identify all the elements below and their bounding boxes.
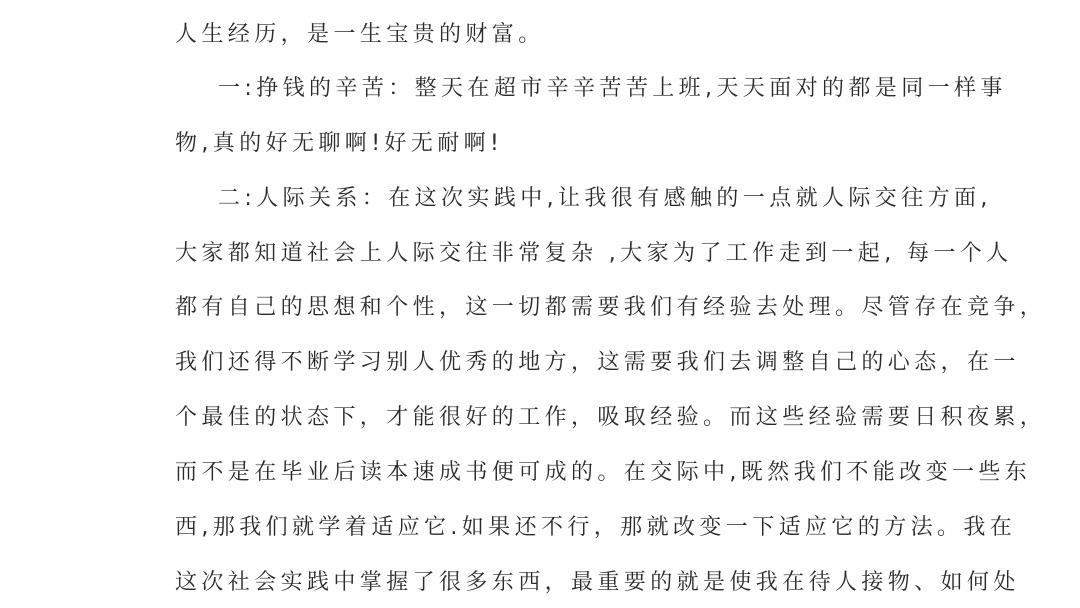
text-line: 个最佳的状态下，才能很好的工作，吸取经验。而这些经验需要日积夜累， — [175, 403, 1046, 433]
text-line: 都有自己的思想和个性，这一切都需要我们有经验去处理。尽管存在竞争， — [175, 293, 1046, 323]
text-line: 人生经历，是一生宝贵的财富。 — [175, 20, 545, 50]
text-line: 西,那我们就学着适应它.如果还不行，那就改变一下适应它的方法。我在 — [175, 513, 1016, 543]
text-line: 这次社会实践中掌握了很多东西，最重要的就是使我在待人接物、如何处 — [175, 568, 1020, 598]
text-line: 物,真的好无聊啊!好无耐啊! — [175, 129, 503, 159]
text-line: 而不是在毕业后读本速成书便可成的。在交际中,既然我们不能改变一些东 — [175, 458, 1031, 488]
text-line-section-one-heading: 一:挣钱的辛苦：整天在超市辛辛苦苦上班,天天面对的都是同一样事 — [218, 74, 1007, 104]
text-line: 大家都知道社会上人际交往非常复杂 ,大家为了工作走到一起, 每一个人 — [175, 239, 1013, 269]
document-page: 人生经历，是一生宝贵的财富。 一:挣钱的辛苦：整天在超市辛辛苦苦上班,天天面对的… — [0, 0, 1080, 608]
text-line-section-two-heading: 二:人际关系：在这次实践中,让我很有感触的一点就人际交往方面, — [218, 184, 992, 214]
text-line: 我们还得不断学习别人优秀的地方，这需要我们去调整自己的心态，在一 — [175, 348, 1020, 378]
